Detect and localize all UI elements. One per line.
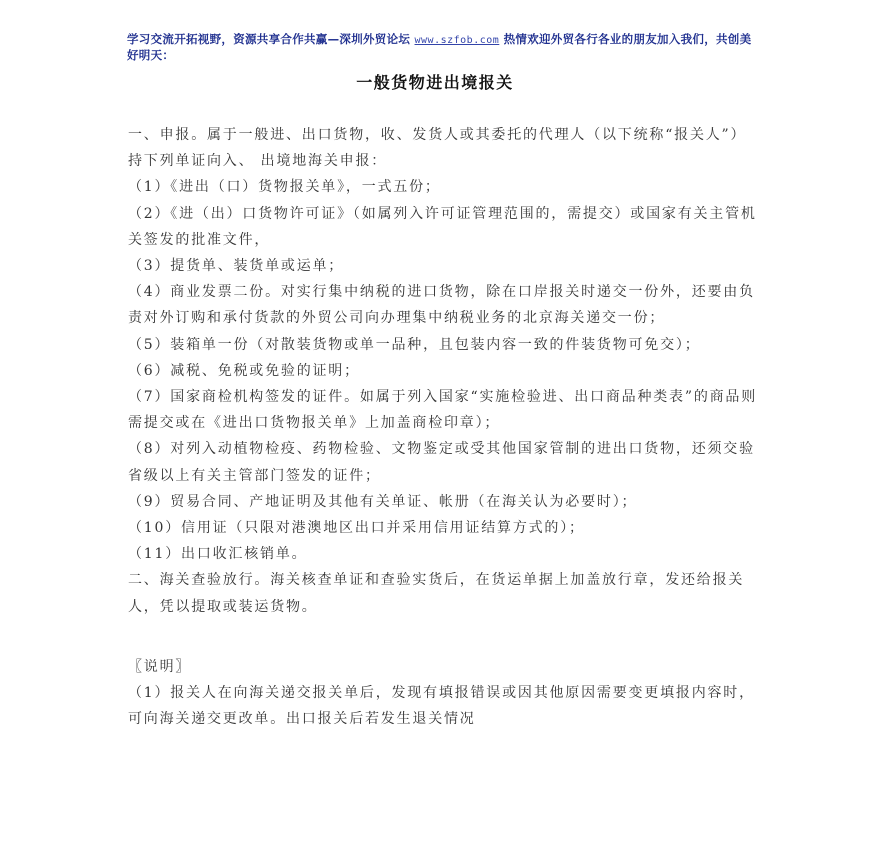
list-item: （5）装箱单一份（对散装货物或单一品种，且包装内容一致的件装货物可免交）； — [128, 332, 758, 358]
list-item: （11）出口收汇核销单。 — [128, 541, 758, 567]
list-item: （8）对列入动植物检疫、药物检验、文物鉴定或受其他国家管制的进出口货物，还须交验… — [128, 436, 758, 488]
list-item: （1）《进出（口）货物报关单》，一式五份； — [128, 174, 758, 200]
document-page: 学习交流开拓视野，资源共享合作共赢—深圳外贸论坛 www.szfob.com 热… — [0, 0, 870, 842]
note-heading: 〖说明〗 — [128, 654, 758, 680]
list-item: （6）减税、免税或免验的证明； — [128, 358, 758, 384]
banner-text-start: 学习交流开拓视野，资源共享合作共赢—深圳外贸论坛 — [127, 32, 415, 46]
section-declaration: 一、申报。属于一般进、出口货物，收、发货人或其委托的代理人（以下统称“报关人”）… — [128, 122, 758, 174]
paragraph-spacer — [128, 620, 758, 654]
section-inspection-release: 二、海关查验放行。海关核查单证和查验实货后，在货运单据上加盖放行章，发还给报关人… — [128, 567, 758, 619]
list-item: （7）国家商检机构签发的证件。如属于列入国家“实施检验进、出口商品种类表”的商品… — [128, 384, 758, 436]
list-item: （4）商业发票二份。对实行集中纳税的进口货物，除在口岸报关时递交一份外，还要由负… — [128, 279, 758, 331]
forum-banner: 学习交流开拓视野，资源共享合作共赢—深圳外贸论坛 www.szfob.com 热… — [127, 32, 757, 62]
document-body: 一、申报。属于一般进、出口货物，收、发货人或其委托的代理人（以下统称“报关人”）… — [128, 122, 758, 732]
list-item: （9）贸易合同、产地证明及其他有关单证、帐册（在海关认为必要时）； — [128, 489, 758, 515]
list-item: （10）信用证（只限对港澳地区出口并采用信用证结算方式的）； — [128, 515, 758, 541]
note-item: （1）报关人在向海关递交报关单后，发现有填报错误或因其他原因需要变更填报内容时，… — [128, 680, 758, 732]
forum-link[interactable]: www.szfob.com — [415, 35, 500, 46]
document-title: 一般货物进出境报关 — [0, 70, 870, 93]
list-item: （3）提货单、装货单或运单； — [128, 253, 758, 279]
list-item: （2）《进（出）口货物许可证》（如属列入许可证管理范围的，需提交）或国家有关主管… — [128, 201, 758, 253]
